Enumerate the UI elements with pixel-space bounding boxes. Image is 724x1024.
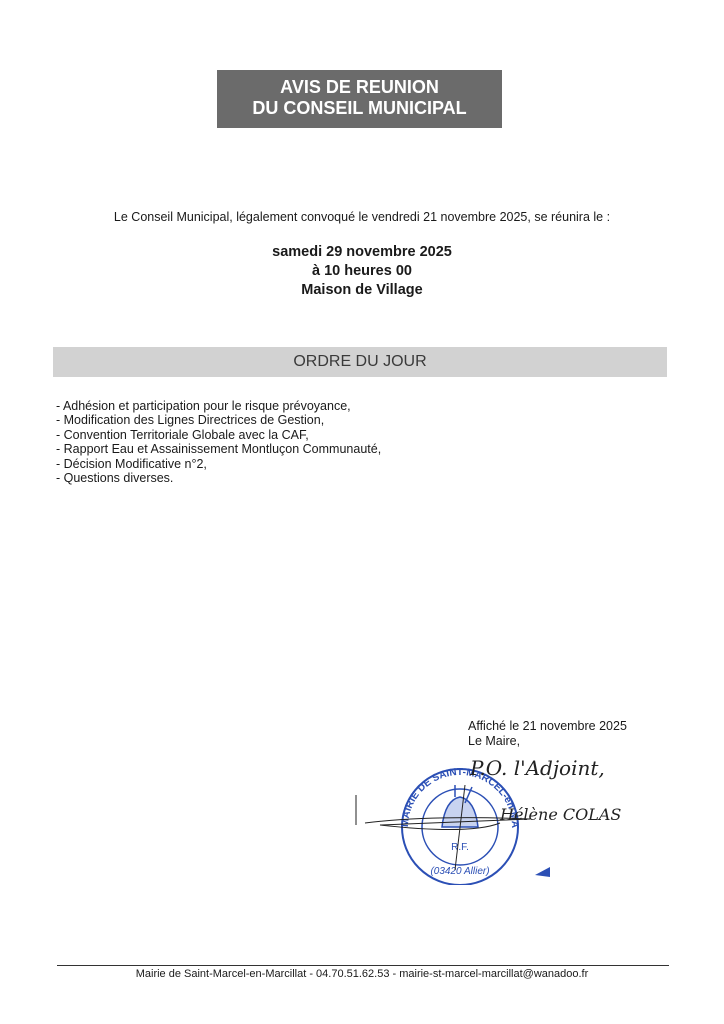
meeting-details: samedi 29 novembre 2025 à 10 heures 00 M… bbox=[0, 243, 724, 300]
agenda-heading: ORDRE DU JOUR bbox=[53, 347, 667, 377]
agenda-item: - Convention Territoriale Globale avec l… bbox=[56, 428, 381, 442]
meeting-date: samedi 29 novembre 2025 bbox=[0, 243, 724, 262]
signature-block: MAIRIE DE SAINT-MARCEL-en-MARCILLAT R.F.… bbox=[350, 745, 640, 885]
title-line-2: DU CONSEIL MUNICIPAL bbox=[217, 98, 502, 119]
handwritten-name: Hélène COLAS bbox=[499, 805, 621, 824]
convocation-intro: Le Conseil Municipal, légalement convoqu… bbox=[0, 210, 724, 224]
agenda-item: - Décision Modificative n°2, bbox=[56, 457, 381, 471]
agenda-list: - Adhésion et participation pour le risq… bbox=[56, 399, 381, 485]
stamp-center-text: R.F. bbox=[451, 842, 469, 853]
meeting-time: à 10 heures 00 bbox=[0, 262, 724, 281]
title-line-1: AVIS DE REUNION bbox=[217, 77, 502, 98]
stamp-bottom-text: (03420 Allier) bbox=[430, 866, 489, 877]
agenda-item: - Adhésion et participation pour le risq… bbox=[56, 399, 381, 413]
footer-contact: Mairie de Saint-Marcel-en-Marcillat - 04… bbox=[0, 968, 724, 980]
notice-title: AVIS DE REUNION DU CONSEIL MUNICIPAL bbox=[217, 70, 502, 128]
agenda-item: - Modification des Lignes Directrices de… bbox=[56, 413, 381, 427]
official-stamp-icon: MAIRIE DE SAINT-MARCEL-en-MARCILLAT R.F.… bbox=[350, 745, 640, 885]
meeting-place: Maison de Village bbox=[0, 281, 724, 300]
posted-date: Affiché le 21 novembre 2025 bbox=[468, 719, 627, 734]
posting-info: Affiché le 21 novembre 2025 Le Maire, bbox=[468, 719, 627, 748]
agenda-item: - Questions diverses. bbox=[56, 471, 381, 485]
handwritten-po: P.O. l'Adjoint, bbox=[469, 756, 605, 780]
agenda-item: - Rapport Eau et Assainissement Montluço… bbox=[56, 442, 381, 456]
footer-divider bbox=[57, 965, 669, 966]
